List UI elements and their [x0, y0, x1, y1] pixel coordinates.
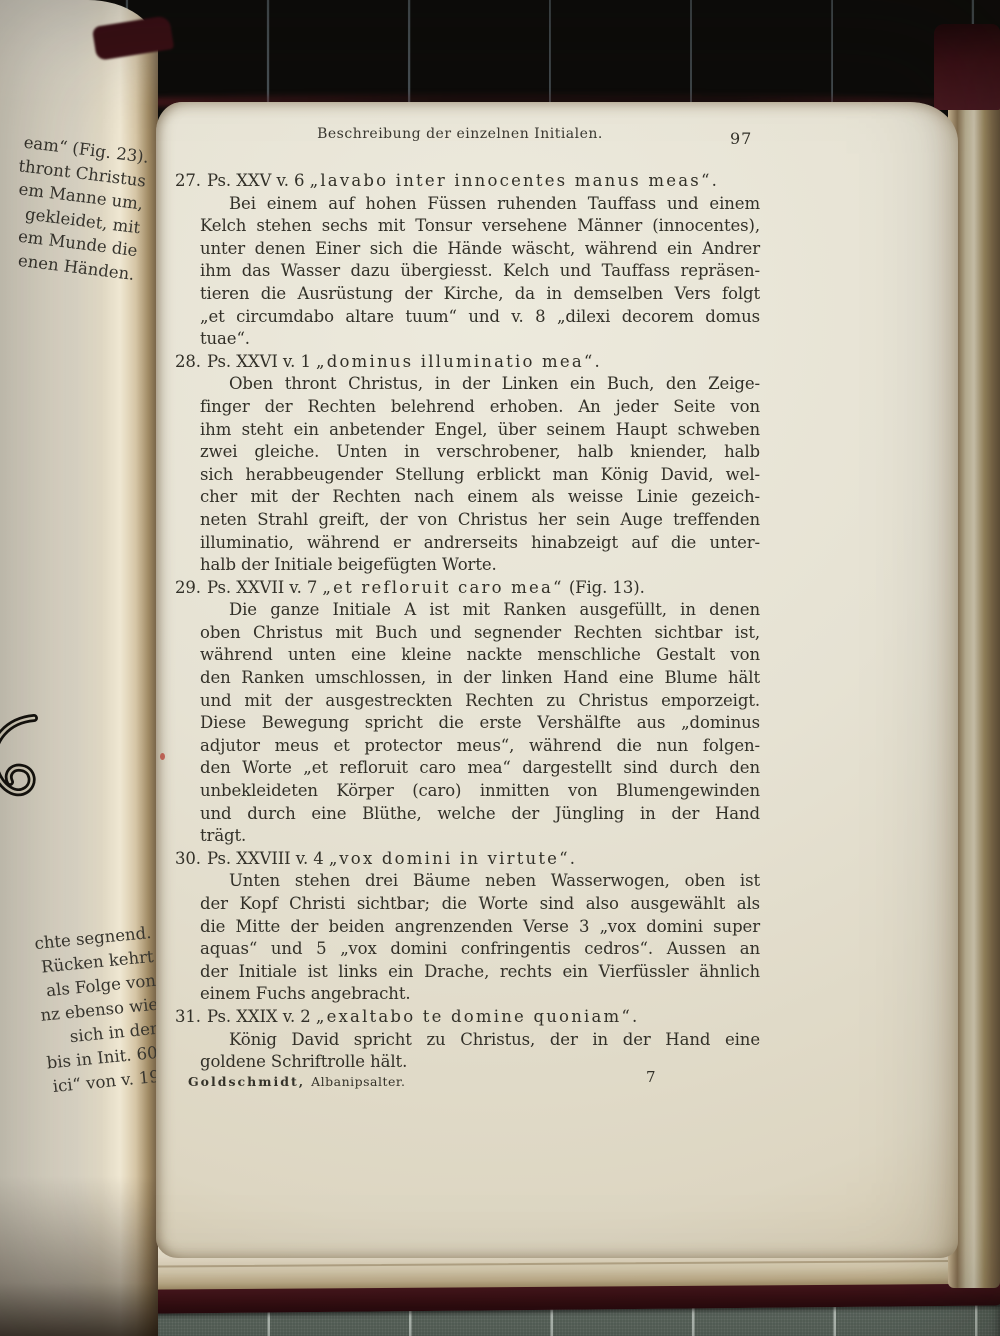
main-text-block: 27.Ps. XXV v. 6 „lavabo inter innocentes… [200, 170, 760, 1074]
psalm-entry: 29.Ps. XXVII v. 7 „et refloruit caro mea… [200, 577, 760, 848]
psalm-reference: Ps. XXV v. 6 [207, 171, 310, 190]
psalm-entry: 31.Ps. XXIX v. 2 „exaltabo te domine quo… [200, 1006, 760, 1074]
psalm-entry-number: 27. [175, 170, 201, 193]
text-line: illuminatio, während er andrerseits hina… [200, 532, 760, 555]
psalm-reference: Ps. XXVII v. 7 [207, 578, 322, 597]
text-line: ihm steht ein anbetender Engel, über sei… [200, 419, 760, 442]
page-content: Beschreibung der einzelnen Initialen. 97… [0, 0, 1000, 1336]
text-line: trägt. [200, 825, 760, 848]
text-line: und mit der ausgestreckten Rechten zu Ch… [200, 690, 760, 713]
heading-suffix: . [570, 849, 575, 868]
text-line: der Initiale ist links ein Drache, recht… [200, 961, 760, 984]
text-line: unbekleideten Körper (caro) inmitten von… [200, 780, 760, 803]
text-line: Oben thront Christus, in der Linken ein … [200, 373, 760, 396]
footer-author: Goldschmidt, [188, 1074, 305, 1089]
text-line: „et circumdabo altare tuum“ und v. 8 „di… [200, 306, 760, 329]
psalm-entry-number: 31. [175, 1006, 201, 1029]
text-line: finger der Rechten belehrend erhoben. An… [200, 396, 760, 419]
psalm-heading: 30.Ps. XXVIII v. 4 „vox domini in virtut… [207, 848, 760, 871]
page-number: 97 [730, 129, 752, 148]
footer-work-title: Albanipsalter. [311, 1074, 405, 1089]
psalm-entry: 28.Ps. XXVI v. 1 „dominus illuminatio me… [200, 351, 760, 577]
text-line: und durch eine Blüthe, welche der Jüngli… [200, 803, 760, 826]
latin-quote: „lavabo inter innocentes manus meas“ [310, 171, 712, 190]
psalm-heading: 31.Ps. XXIX v. 2 „exaltabo te domine quo… [207, 1006, 760, 1029]
text-line: aquas“ und 5 „vox domini confringentis c… [200, 938, 760, 961]
text-line: den Worte „et refloruit caro mea“ darges… [200, 757, 760, 780]
text-line: halb der Initiale beigefügten Worte. [200, 554, 760, 577]
text-line: einem Fuchs angebracht. [200, 983, 760, 1006]
text-line: Die ganze Initiale A ist mit Ranken ausg… [200, 599, 760, 622]
psalm-reference: Ps. XXVIII v. 4 [207, 849, 329, 868]
text-line: goldene Schriftrolle hält. [200, 1051, 760, 1074]
text-line: tieren die Ausrüstung der Kirche, da in … [200, 283, 760, 306]
running-header: Beschreibung der einzelnen Initialen. [200, 126, 720, 142]
text-line: cher mit der Rechten nach einem als weis… [200, 486, 760, 509]
psalm-reference: Ps. XXVI v. 1 [207, 352, 316, 371]
text-line: Unten stehen drei Bäume neben Wasserwoge… [200, 870, 760, 893]
text-line: die Mitte der beiden angrenzenden Verse … [200, 916, 760, 939]
latin-quote: „exaltabo te domine quoniam“ [316, 1007, 632, 1026]
text-line: adjutor meus et protector meus“, während… [200, 735, 760, 758]
latin-quote: „vox domini in virtute“ [329, 849, 570, 868]
text-line: der Kopf Christi sichtbar; die Worte sin… [200, 893, 760, 916]
text-line: den Ranken umschlossen, in der linken Ha… [200, 667, 760, 690]
text-line: ihm das Wasser dazu übergiesst. Kelch un… [200, 260, 760, 283]
psalm-entry-number: 30. [175, 848, 201, 871]
signature-number: 7 [646, 1068, 656, 1086]
text-line: sich herabbeugender Stellung erblickt ma… [200, 464, 760, 487]
text-line: oben Christus mit Buch und segnender Rec… [200, 622, 760, 645]
latin-quote: „et refloruit caro mea“ [322, 578, 563, 597]
heading-suffix: . [595, 352, 600, 371]
heading-suffix: (Fig. 13). [564, 578, 645, 597]
psalm-entry-number: 28. [175, 351, 201, 374]
text-line: Bei einem auf hohen Füssen ruhenden Tauf… [200, 193, 760, 216]
text-line: zwei gleiche. Unten in verschrobener, ha… [200, 441, 760, 464]
psalm-heading: 29.Ps. XXVII v. 7 „et refloruit caro mea… [207, 577, 760, 600]
heading-suffix: . [632, 1007, 637, 1026]
psalm-entry: 27.Ps. XXV v. 6 „lavabo inter innocentes… [200, 170, 760, 351]
text-line: während unten eine kleine nackte menschl… [200, 644, 760, 667]
text-line: Kelch stehen sechs mit Tonsur versehene … [200, 215, 760, 238]
text-line: König David spricht zu Christus, der in … [200, 1029, 760, 1052]
text-line: neten Strahl greift, der von Christus he… [200, 509, 760, 532]
psalm-heading: 28.Ps. XXVI v. 1 „dominus illuminatio me… [207, 351, 760, 374]
footer-citation: Goldschmidt,Albanipsalter. [188, 1074, 405, 1089]
psalm-reference: Ps. XXIX v. 2 [207, 1007, 316, 1026]
latin-quote: „dominus illuminatio mea“ [316, 352, 595, 371]
text-line: unter denen Einer sich die Hände wäscht,… [200, 238, 760, 261]
text-line: Diese Bewegung spricht die erste Vershäl… [200, 712, 760, 735]
text-line: tuae“. [200, 328, 760, 351]
psalm-heading: 27.Ps. XXV v. 6 „lavabo inter innocentes… [207, 170, 760, 193]
psalm-entry-number: 29. [175, 577, 201, 600]
psalm-entry: 30.Ps. XXVIII v. 4 „vox domini in virtut… [200, 848, 760, 1006]
heading-suffix: . [712, 171, 717, 190]
